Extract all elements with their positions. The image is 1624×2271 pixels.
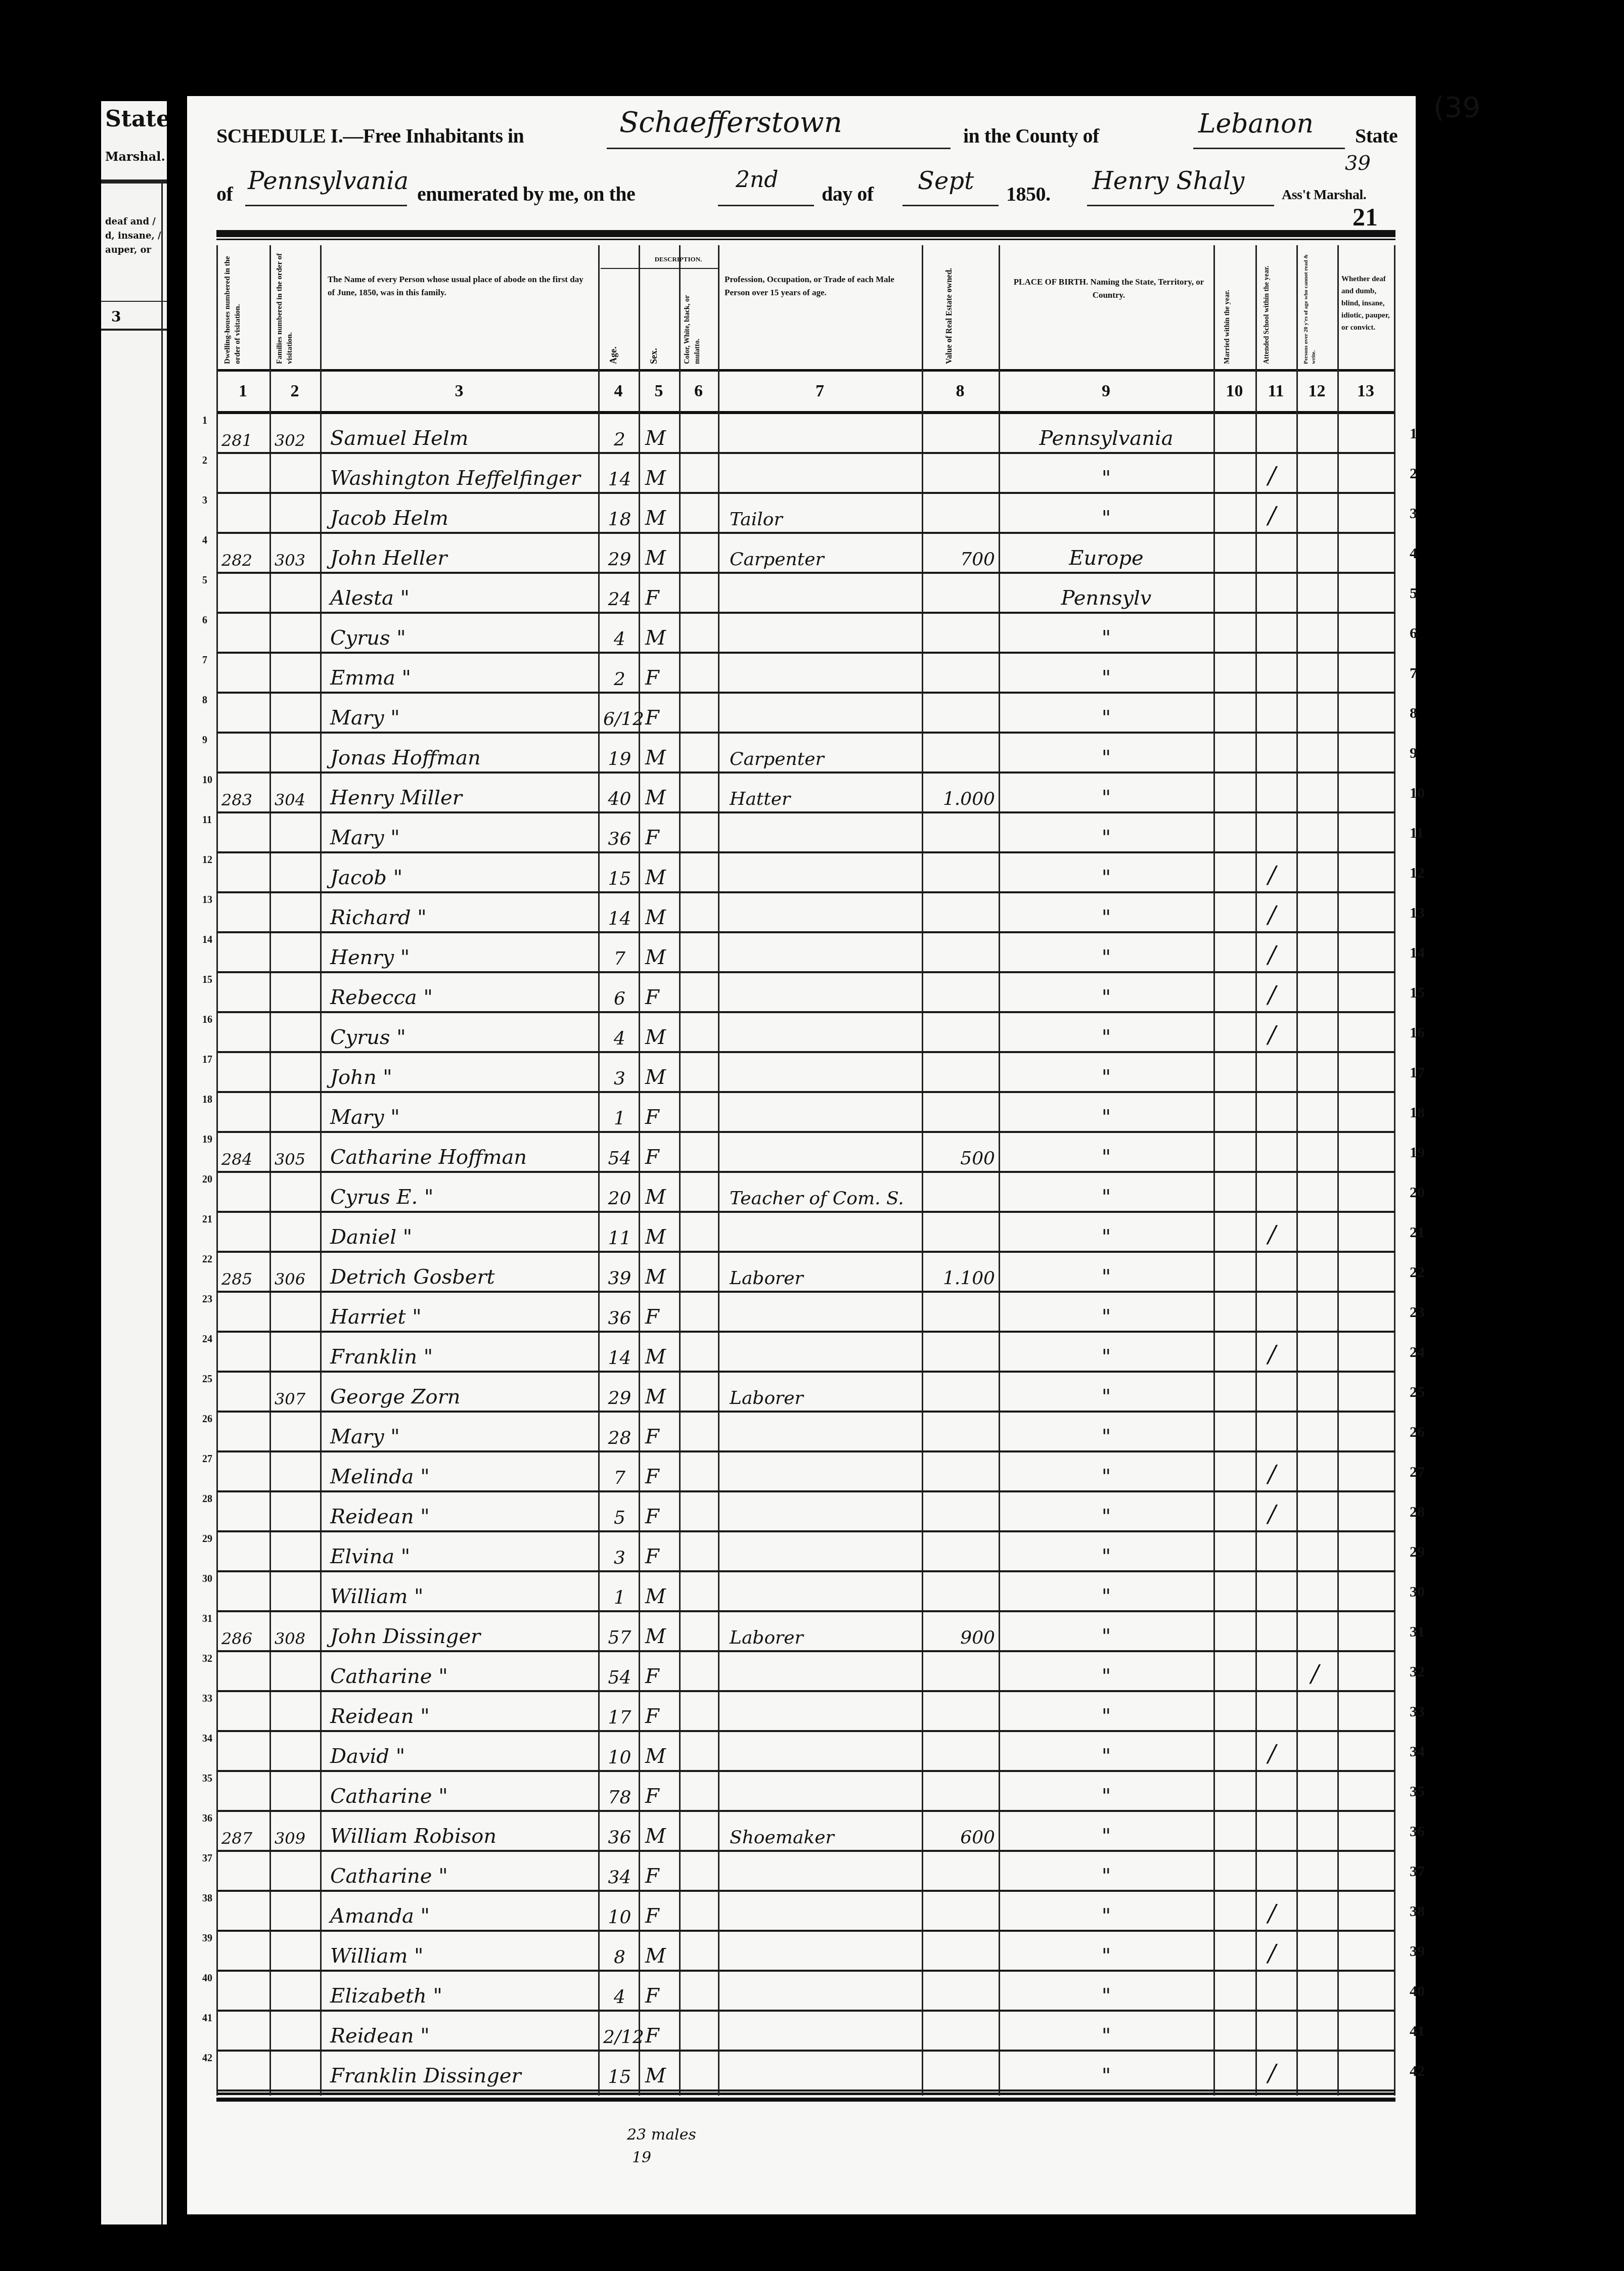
previous-page-margin-strip: State Marshal. deaf and / d, insane, / a… [101,101,167,2224]
attended-school-mark: / [1268,2059,1276,2086]
col-number-5: 5 [639,382,679,401]
person-name: Mary " [330,1425,400,1448]
line-number-left: 32 [202,1653,212,1665]
dwelling-number: 284 [221,1150,252,1169]
table-row: 25307George Zorn29MLaborer"25 [216,1373,1395,1413]
age: 15 [603,2067,636,2087]
line-number-right: 1 [1410,425,1417,442]
age: 24 [603,589,636,610]
county-name: Lebanon [1198,109,1314,139]
line-number-right: 38 [1410,1903,1425,1920]
line-number-right: 21 [1410,1224,1425,1241]
line-number-left: 27 [202,1454,212,1465]
sex: M [645,1265,666,1289]
birthplace: " [1005,1106,1207,1129]
line-number-left: 14 [202,934,212,946]
family-number: 307 [275,1389,305,1409]
person-name: Mary " [330,706,400,730]
age: 2/12 [603,2027,636,2048]
line-number-right: 9 [1410,745,1417,762]
line-number-right: 3 [1410,505,1417,522]
line-number-left: 12 [202,854,212,866]
line-number-right: 5 [1410,585,1417,602]
sex: M [645,1225,666,1249]
birthplace: " [1005,1225,1207,1249]
tally-females: 19 [632,2149,651,2166]
birthplace: " [1005,706,1207,730]
age: 5 [603,1508,636,1528]
sex: M [645,946,666,969]
table-row: 28Reidean "5F"/28 [216,1492,1395,1532]
line-number-left: 4 [202,535,207,547]
line-number-left: 1 [202,415,207,427]
person-name: Jacob " [330,866,402,889]
person-name: William " [330,1944,423,1968]
line-number-left: 30 [202,1573,212,1585]
line-number-left: 16 [202,1014,212,1026]
sex: M [645,1585,666,1608]
person-name: Henry Miller [330,786,462,809]
birthplace: " [1005,1745,1207,1768]
county-page-annotation: 39 [1345,152,1371,175]
person-name: Reidean " [330,1705,430,1728]
line-number-left: 24 [202,1334,212,1345]
line-number-right: 18 [1410,1104,1425,1121]
table-row: 42Franklin Dissinger15M"/42 [216,2052,1395,2092]
birthplace: " [1005,1186,1207,1209]
birthplace: " [1005,986,1207,1009]
birthplace: " [1005,1265,1207,1289]
col-number-11: 11 [1255,382,1296,401]
person-name: John Dissinger [330,1625,480,1648]
family-number: 309 [275,1829,305,1848]
table-row: 39William "8M"/39 [216,1932,1395,1972]
family-number: 303 [275,551,305,570]
dwelling-number: 286 [221,1629,252,1648]
sex: F [645,586,659,610]
birthplace: " [1005,866,1207,889]
table-row: 33Reidean "17F"33 [216,1692,1395,1732]
person-name: Rebecca " [330,986,433,1009]
line-number-right: 8 [1410,705,1417,722]
real-estate-value: 1.000 [924,789,995,809]
birthplace: " [1005,746,1207,769]
occupation: Shoemaker [730,1827,834,1848]
cannot-read-mark: / [1311,1660,1319,1687]
sex: M [645,1825,666,1848]
table-row: 31286308John Dissinger57MLaborer900"31 [216,1612,1395,1652]
age: 15 [603,869,636,889]
birthplace: " [1005,826,1207,849]
sex: M [645,626,666,650]
birthplace: " [1005,1904,1207,1928]
age: 6/12 [603,709,636,730]
attended-school-mark: / [1268,1899,1276,1927]
occupation: Carpenter [730,549,824,570]
county-label: in the County of [963,124,1099,148]
birthplace: " [1005,946,1207,969]
col-header-real-estate: Value of Real Estate owned. [944,250,980,364]
line-number-right: 7 [1410,665,1417,682]
occupation: Hatter [730,789,790,809]
line-number-right: 28 [1410,1504,1425,1521]
col-header-dwelling: Dwelling-houses numbered in the order of… [222,248,265,364]
line-number-left: 15 [202,974,212,986]
age: 2 [603,669,636,690]
occupation: Laborer [730,1388,803,1409]
line-number-left: 34 [202,1733,212,1745]
attended-school-mark: / [1268,941,1276,968]
birthplace: " [1005,1625,1207,1648]
line-number-right: 15 [1410,984,1425,1002]
table-row: 20Cyrus E. "20MTeacher of Com. S."20 [216,1173,1395,1213]
table-row: 27Melinda "7F"/27 [216,1452,1395,1492]
col-number-12: 12 [1296,382,1337,401]
col-number-7: 7 [718,382,922,401]
sex: F [645,666,659,690]
attended-school-mark: / [1268,462,1276,489]
line-number-left: 7 [202,655,207,666]
col-number-10: 10 [1213,382,1255,401]
table-row: 36287309William Robison36MShoemaker600"3… [216,1812,1395,1852]
line-number-left: 33 [202,1693,212,1705]
col-header-family: Families numbered in the order of visita… [275,248,315,364]
birthplace: " [1005,666,1207,690]
line-number-right: 30 [1410,1583,1425,1601]
line-number-right: 37 [1410,1863,1425,1880]
line-number-left: 41 [202,2013,212,2024]
place-name: Schaefferstown [619,106,842,139]
age: 14 [603,909,636,929]
line-number-left: 21 [202,1214,212,1225]
sex: F [645,1665,659,1688]
age: 28 [603,1428,636,1448]
line-number-right: 40 [1410,1983,1425,2000]
table-row: 40Elizabeth "4F"40 [216,1972,1395,2012]
enumerated-label: enumerated by me, on the [417,182,635,206]
birthplace: " [1005,1066,1207,1089]
occupation: Laborer [730,1627,803,1648]
sex: F [645,1545,659,1568]
birthplace: " [1005,1944,1207,1968]
sex: M [645,547,666,570]
age: 11 [603,1228,636,1249]
line-number-left: 40 [202,1973,212,1984]
person-name: Mary " [330,1106,400,1129]
person-name: Franklin " [330,1345,433,1369]
attended-school-mark: / [1268,1939,1276,1967]
line-number-right: 22 [1410,1264,1425,1281]
line-number-left: 18 [202,1094,212,1106]
of-label: of [216,182,233,206]
person-name: Cyrus " [330,626,406,650]
col-number-8: 8 [922,382,999,401]
sex: M [645,786,666,809]
table-row: 4282303John Heller29MCarpenter700Europe4 [216,534,1395,574]
table-row: 3Jacob Helm18MTailor"/3 [216,494,1395,534]
table-row: 30William "1M"30 [216,1572,1395,1612]
sex: M [645,1345,666,1369]
birthplace: Pennsylv [1005,586,1207,610]
line-number-right: 2 [1410,465,1417,482]
line-number-left: 3 [202,495,207,507]
age: 14 [603,469,636,490]
col-header-cannot-read: Persons over 20 y'rs of age who cannot r… [1302,250,1333,364]
age: 36 [603,829,636,849]
table-row: 9Jonas Hoffman19MCarpenter"9 [216,734,1395,774]
age: 4 [603,1987,636,2008]
line-number-right: 39 [1410,1943,1425,1960]
sex: F [645,1465,659,1488]
line-number-left: 29 [202,1533,212,1545]
person-name: Catharine " [330,1785,448,1808]
person-name: Jacob Helm [330,507,448,530]
sex: M [645,1186,666,1209]
col-header-birthplace: PLACE OF BIRTH. Naming the State, Territ… [1013,276,1205,302]
line-number-left: 19 [202,1134,212,1146]
sex: M [645,1625,666,1648]
line-number-left: 42 [202,2053,212,2064]
strip-col13-fragment: deaf and / d, insane, / auper, or [105,215,166,257]
age: 20 [603,1188,636,1209]
line-number-left: 37 [202,1853,212,1865]
birthplace: " [1005,1545,1207,1568]
table-row: 23Harriet "36F"23 [216,1293,1395,1333]
family-number: 302 [275,431,305,450]
line-number-left: 10 [202,775,212,786]
enumeration-year: 1850. [1006,182,1051,206]
line-number-left: 6 [202,615,207,626]
col-number-6: 6 [679,382,718,401]
table-row: 35Catharine "78F"35 [216,1772,1395,1812]
table-row: 13Richard "14M"/13 [216,893,1395,933]
real-estate-value: 700 [924,549,995,570]
sex: F [645,2024,659,2048]
table-row: 18Mary "1F"18 [216,1093,1395,1133]
age: 4 [603,1028,636,1049]
col-number-4: 4 [598,382,639,401]
person-name: Catharine " [330,1865,448,1888]
person-name: Detrich Gosbert [330,1265,495,1289]
birthplace: " [1005,1865,1207,1888]
enumeration-month: Sept [918,167,974,195]
age: 29 [603,549,636,570]
sex: F [645,1904,659,1928]
person-name: Alesta " [330,586,410,610]
line-number-right: 13 [1410,904,1425,922]
birthplace: " [1005,1425,1207,1448]
birthplace: " [1005,786,1207,809]
sex: M [645,2064,666,2087]
age: 57 [603,1627,636,1648]
census-table: Dwelling-houses numbered in the order of… [216,230,1395,2101]
corner-page-annotation: (39 [1433,91,1480,124]
person-name: Washington Heffelfinger [330,467,580,490]
age: 78 [603,1787,636,1808]
line-number-right: 23 [1410,1304,1425,1321]
line-number-right: 4 [1410,545,1417,562]
birthplace: " [1005,906,1207,929]
attended-school-mark: / [1268,901,1276,928]
birthplace: " [1005,1465,1207,1488]
sex: M [645,467,666,490]
sex: F [645,1146,659,1169]
person-name: Richard " [330,906,427,929]
line-number-left: 13 [202,894,212,906]
table-row: 15Rebecca "6F"/15 [216,973,1395,1013]
birthplace: " [1005,2024,1207,2048]
age: 40 [603,789,636,809]
line-number-right: 16 [1410,1024,1425,1041]
col-number-2: 2 [269,382,320,401]
strip-marshal-label: Marshal. [105,149,165,164]
age: 7 [603,948,636,969]
line-number-left: 8 [202,695,207,706]
line-number-right: 26 [1410,1424,1425,1441]
col-number-3: 3 [320,382,598,401]
line-number-left: 39 [202,1933,212,1944]
person-name: Reidean " [330,2024,430,2048]
line-number-left: 5 [202,575,207,586]
birthplace: " [1005,2064,1207,2087]
day-of-label: day of [822,182,874,206]
age: 2 [603,429,636,450]
line-number-right: 27 [1410,1464,1425,1481]
table-row: 24Franklin "14M"/24 [216,1333,1395,1373]
person-name: Samuel Helm [330,427,468,450]
sex: M [645,866,666,889]
sex: F [645,1425,659,1448]
person-name: Catharine " [330,1665,448,1688]
line-number-left: 36 [202,1813,212,1825]
sex: M [645,746,666,769]
col-header-school: Attended School within the year. [1262,253,1290,364]
table-row: 17John "3M"17 [216,1053,1395,1093]
age: 54 [603,1148,636,1169]
sex: M [645,1745,666,1768]
line-number-right: 31 [1410,1623,1425,1641]
col-number-1: 1 [216,382,269,401]
real-estate-value: 1.100 [924,1268,995,1289]
occupation: Teacher of Com. S. [730,1188,904,1209]
age: 7 [603,1468,636,1488]
sex: F [645,706,659,730]
age: 19 [603,749,636,769]
birthplace: " [1005,1984,1207,2008]
sex: F [645,1505,659,1528]
table-row: 5Alesta "24FPennsylv5 [216,574,1395,614]
line-number-left: 11 [202,814,212,826]
birthplace: " [1005,1665,1207,1688]
line-number-left: 20 [202,1174,212,1186]
person-name: Reidean " [330,1505,430,1528]
table-row: 26Mary "28F"26 [216,1413,1395,1452]
birthplace: " [1005,1305,1207,1329]
person-name: John " [330,1066,392,1089]
table-row: 12Jacob "15M"/12 [216,853,1395,893]
line-number-left: 26 [202,1414,212,1425]
birthplace: " [1005,626,1207,650]
birthplace: " [1005,1705,1207,1728]
attended-school-mark: / [1268,1740,1276,1767]
line-number-right: 36 [1410,1823,1425,1840]
attended-school-mark: / [1268,1500,1276,1527]
dwelling-number: 285 [221,1269,252,1289]
col-header-age: Age. [608,321,628,364]
real-estate-value: 600 [924,1827,995,1848]
line-number-right: 17 [1410,1064,1425,1081]
person-name: William " [330,1585,423,1608]
age: 54 [603,1667,636,1688]
sex: F [645,1865,659,1888]
col-header-occupation: Profession, Occupation, or Trade of each… [725,273,917,299]
table-row: 11Mary "36F"11 [216,813,1395,853]
person-name: Jonas Hoffman [330,746,481,769]
col-header-color: Color, White, black, or mulatto. [683,270,715,364]
table-row: 6Cyrus "4M"6 [216,614,1395,654]
family-number: 308 [275,1629,305,1648]
age: 18 [603,509,636,530]
line-number-right: 20 [1410,1184,1425,1201]
age: 10 [603,1747,636,1768]
line-number-left: 35 [202,1773,212,1785]
line-number-left: 2 [202,455,207,467]
age: 6 [603,988,636,1009]
occupation: Laborer [730,1268,803,1289]
attended-school-mark: / [1268,861,1276,888]
birthplace: " [1005,1585,1207,1608]
person-name: Cyrus " [330,1026,406,1049]
line-number-right: 25 [1410,1384,1425,1401]
sex: F [645,1305,659,1329]
strip-col-number: 3 [111,308,121,325]
table-row: 10283304Henry Miller40MHatter1.000"10 [216,774,1395,813]
birthplace: " [1005,1825,1207,1848]
sex: F [645,1785,659,1808]
age: 1 [603,1587,636,1608]
line-number-left: 22 [202,1254,212,1265]
line-number-right: 14 [1410,944,1425,962]
sex: M [645,427,666,450]
col-header-married: Married within the year. [1223,253,1248,364]
table-row: 29Elvina "3F"29 [216,1532,1395,1572]
table-row: 14Henry "7M"/14 [216,933,1395,973]
strip-state-label: State [105,106,167,132]
table-row: 37Catharine "34F"37 [216,1852,1395,1892]
birthplace: " [1005,1785,1207,1808]
tally-males: 23 males [627,2126,696,2144]
table-row: 38Amanda "10F"/38 [216,1892,1395,1932]
birthplace: Pennsylvania [1005,427,1207,450]
birthplace: Europe [1005,547,1207,570]
birthplace: " [1005,1505,1207,1528]
asst-marshal-label: Ass't Marshal. [1282,187,1366,203]
line-number-left: 38 [202,1893,212,1904]
line-number-right: 35 [1410,1783,1425,1800]
attended-school-mark: / [1268,1460,1276,1487]
family-number: 306 [275,1269,305,1289]
sex: M [645,1026,666,1049]
line-number-right: 19 [1410,1144,1425,1161]
line-number-right: 11 [1410,825,1424,842]
line-number-right: 34 [1410,1743,1425,1760]
birthplace: " [1005,1146,1207,1169]
age: 1 [603,1108,636,1129]
line-number-right: 32 [1410,1663,1425,1680]
age: 34 [603,1867,636,1888]
enumeration-day: 2nd [736,167,779,193]
description-group-label: DESCRIPTION. [639,253,718,266]
